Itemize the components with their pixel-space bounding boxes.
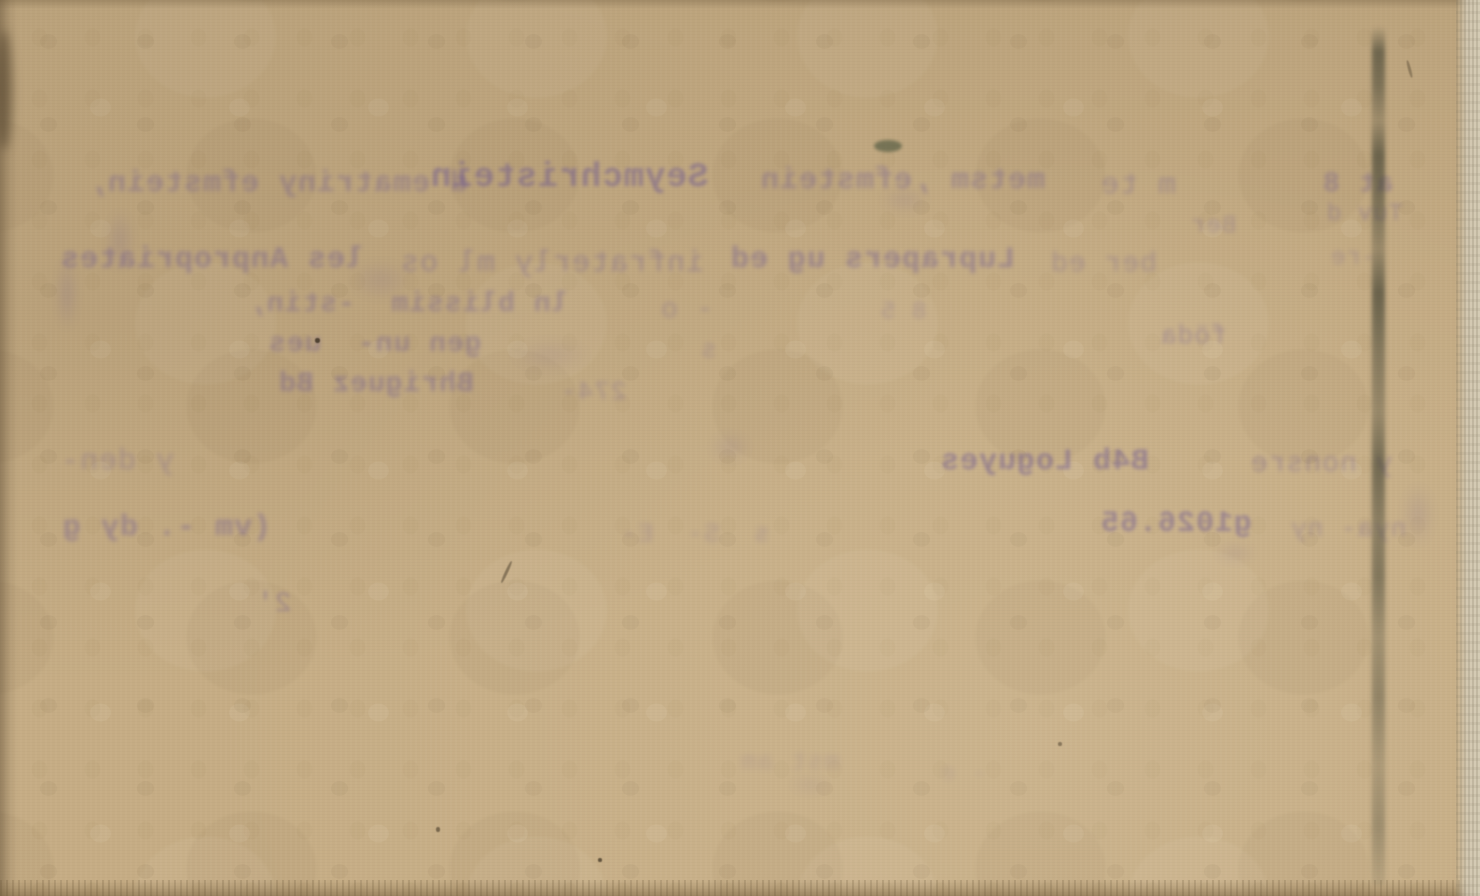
bleedthrough-text-fragment: Bhriguez Bd	[278, 370, 474, 401]
bleedthrough-text-fragment: infraterly ml os	[400, 248, 704, 281]
paper-edge-bottom	[0, 880, 1480, 896]
bleedthrough-text-fragment: d ematriny efmstein,	[88, 168, 468, 201]
bleedthrough-text-fragment: Tuv d	[1326, 202, 1403, 228]
bleedthrough-text-fragment: Luprapers ug ed	[730, 244, 1015, 277]
ink-smudge	[780, 772, 840, 798]
bleedthrough-text-fragment: mst am	[740, 748, 840, 777]
bleedthrough-text-fragment: 274-	[560, 378, 626, 407]
paper-edge-right-strip	[1456, 0, 1480, 896]
paper-speck	[436, 827, 440, 832]
bleedthrough-text-fragment: s S- E-	[620, 520, 769, 549]
bleedthrough-text-fragment: (vm -. dy g	[62, 512, 271, 545]
green-ink-fleck	[874, 140, 902, 152]
bleedthrough-text-fragment: gen un- ues	[268, 330, 482, 361]
ink-smudge	[490, 330, 610, 380]
bleedthrough-text-fragment: s	[700, 336, 717, 365]
ink-smudge	[336, 250, 426, 310]
bleedthrough-text-fragment: Ber	[1190, 214, 1236, 240]
bleedthrough-text-fragment: B4b Loguyes	[940, 446, 1149, 479]
ink-smudge	[100, 196, 140, 286]
bleedthrough-text-fragment: g1026.65	[1100, 508, 1252, 541]
paper-speck	[1406, 60, 1414, 78]
bleedthrough-text-fragment: nya- ny	[1290, 515, 1406, 544]
scanned-document: d ematriny efmstein,Seymchristeinmetsm ,…	[0, 0, 1480, 896]
paper-speck	[500, 560, 513, 583]
paper-speck	[1058, 742, 1062, 746]
bleedthrough-text-fragment: Seymchristein	[430, 160, 708, 197]
ink-layer: d ematriny efmstein,Seymchristeinmetsm ,…	[0, 0, 1480, 896]
bleedthrough-text-fragment: - o	[660, 296, 713, 327]
ink-smudge	[52, 238, 82, 348]
bleedthrough-text-fragment: 2'	[256, 590, 292, 621]
bleedthrough-text-fragment: -re	[1330, 246, 1376, 272]
paper-edge-top	[0, 0, 1480, 9]
ink-smudge	[1395, 470, 1441, 560]
ink-smudge	[700, 425, 760, 469]
bleedthrough-text-fragment: ber ed	[1050, 250, 1157, 281]
bleedthrough-text-fragment: m te	[1100, 170, 1176, 203]
bleedthrough-text-fragment: 8 5	[880, 300, 926, 326]
bleedthrough-text-fragment: - e	[940, 762, 986, 788]
ink-smudge	[1205, 538, 1265, 568]
bleedthrough-text-fragment: y den-	[60, 446, 174, 479]
paper-speck	[598, 858, 602, 862]
bleedthrough-text-fragment: föda	[1160, 322, 1226, 351]
paper-speck	[315, 338, 320, 343]
dark-vertical-streak	[1372, 26, 1385, 886]
ink-smudge	[870, 180, 940, 220]
